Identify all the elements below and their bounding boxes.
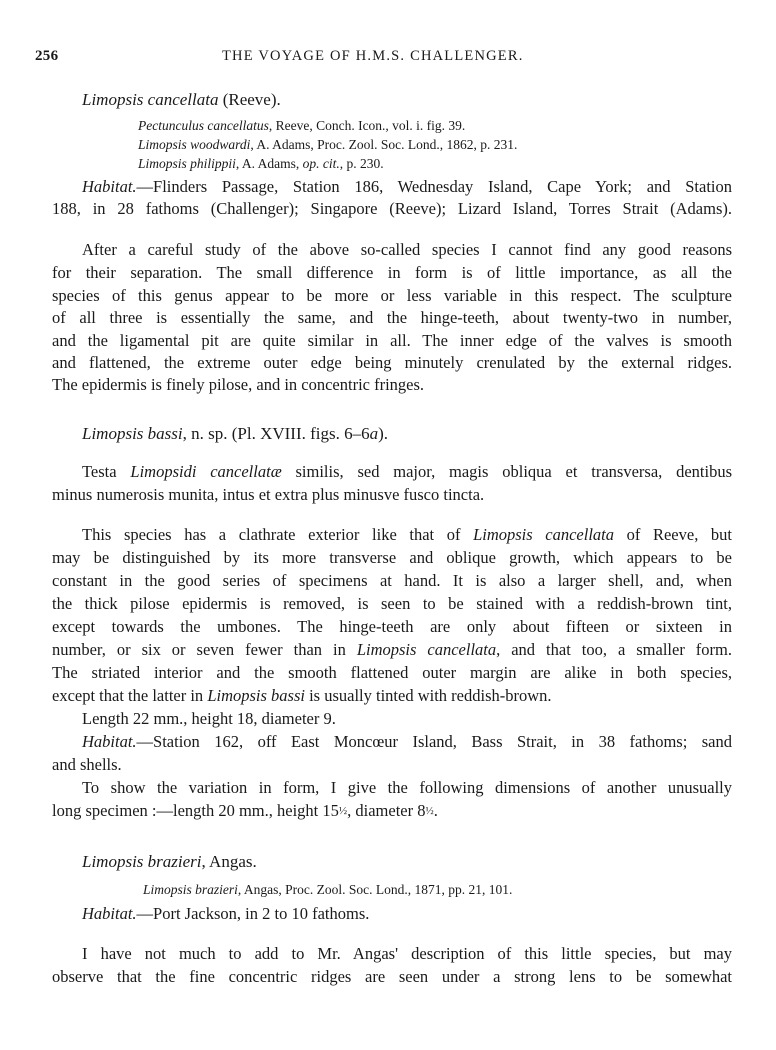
synonym-citation: , Reeve, Conch. Icon., vol. i. fig. 39. — [269, 118, 465, 133]
description-line: except that the latter in Limopsis bassi… — [52, 686, 732, 706]
synonym-name: Limopsis philippii — [138, 156, 236, 171]
variation-text: long specimen :—length 20 mm., height 15 — [52, 801, 339, 820]
variation-line: long specimen :—length 20 mm., height 15… — [52, 801, 732, 821]
description-text: , and that too, a smaller form. — [496, 640, 732, 659]
description-species-name: Limopsis cancellata — [357, 640, 496, 659]
page-number: 256 — [35, 48, 58, 65]
synonym-line: Pectunculus cancellatus, Reeve, Conch. I… — [138, 118, 465, 134]
habitat-line: Habitat.—Flinders Passage, Station 186, … — [82, 177, 732, 197]
habitat-label: Habitat. — [82, 904, 137, 923]
habitat-text: —Station 162, off East Moncœur Island, B… — [137, 732, 732, 751]
habitat-line: Habitat.—Station 162, off East Moncœur I… — [82, 732, 732, 752]
species-name: Limopsis cancellata — [82, 90, 218, 109]
variation-line: To show the variation in form, I give th… — [82, 778, 732, 798]
synonym-citation-italic: op. cit. — [303, 156, 340, 171]
paragraph-line: species of this genus appear to be more … — [52, 286, 732, 306]
description-text: except that the latter in — [52, 686, 207, 705]
measurements-line: Length 22 mm., height 18, diameter 9. — [82, 709, 732, 729]
latin-text: similis, sed major, magis obliqua et tra… — [282, 462, 732, 481]
species-plate-ref: ). — [378, 424, 388, 443]
paragraph-line: observe that the fine concentric ridges … — [52, 967, 732, 987]
description-line: constant in the good series of specimens… — [52, 571, 732, 591]
fraction: ½ — [339, 805, 347, 817]
habitat-line: and shells. — [52, 755, 732, 775]
species-author: , Angas. — [202, 852, 257, 871]
synonym-name: Limopsis woodwardi — [138, 137, 250, 152]
description-line: except towards the umbones. The hinge-te… — [52, 617, 732, 637]
synonym-line: Limopsis woodwardi, A. Adams, Proc. Zool… — [138, 137, 517, 153]
synonym-name: Pectunculus cancellatus — [138, 118, 269, 133]
species-heading-cancellata: Limopsis cancellata (Reeve). — [82, 90, 281, 110]
paragraph-line: and flattened, the extreme outer edge be… — [52, 353, 732, 373]
species-plate-ref-italic: a — [370, 424, 379, 443]
habitat-line: Habitat.—Port Jackson, in 2 to 10 fathom… — [82, 904, 732, 924]
species-plate-ref: , n. sp. (Pl. XVIII. figs. 6–6 — [183, 424, 370, 443]
description-line: The striated interior and the smooth fla… — [52, 663, 732, 683]
description-line: may be distinguished by its more transve… — [52, 548, 732, 568]
paragraph-line: for their separation. The small differen… — [52, 263, 732, 283]
latin-text: Testa — [82, 462, 130, 481]
species-name: Limopsis bassi — [82, 424, 183, 443]
description-text: number, or six or seven fewer than in — [52, 640, 357, 659]
latin-diagnosis-line: Testa Limopsidi cancellatæ similis, sed … — [82, 462, 732, 482]
description-species-name: Limopsis cancellata — [473, 525, 614, 544]
description-line: This species has a clathrate exterior li… — [82, 525, 732, 545]
paragraph-line: and the ligamental pit are quite similar… — [52, 331, 732, 351]
species-name: Limopsis brazieri — [82, 852, 202, 871]
variation-text: , diameter 8 — [347, 801, 425, 820]
latin-diagnosis-line: minus numerosis munita, intus et extra p… — [52, 485, 732, 505]
habitat-text: —Flinders Passage, Station 186, Wednesda… — [137, 177, 732, 196]
latin-species-name: Limopsidi cancellatæ — [130, 462, 281, 481]
paragraph-line: of all three is essentially the same, an… — [52, 308, 732, 328]
species-heading-brazieri: Limopsis brazieri, Angas. — [82, 852, 257, 872]
synonym-citation: , A. Adams, Proc. Zool. Soc. Lond., 1862… — [250, 137, 517, 152]
synonym-line: Limopsis philippii, A. Adams, op. cit., … — [138, 156, 384, 172]
description-line: the thick pilose epidermis is removed, i… — [52, 594, 732, 614]
habitat-text: —Port Jackson, in 2 to 10 fathoms. — [137, 904, 370, 923]
habitat-line: 188, in 28 fathoms (Challenger); Singapo… — [52, 199, 732, 219]
paragraph-line: I have not much to add to Mr. Angas' des… — [82, 944, 732, 964]
description-text: of Reeve, but — [614, 525, 732, 544]
synonym-citation: , A. Adams, — [236, 156, 303, 171]
description-line: number, or six or seven fewer than in Li… — [52, 640, 732, 660]
synonym-citation: , p. 230. — [340, 156, 384, 171]
description-text: is usually tinted with reddish-brown. — [305, 686, 552, 705]
document-page: 256 THE VOYAGE OF H.M.S. CHALLENGER. Lim… — [0, 0, 776, 1050]
paragraph-line: The epidermis is finely pilose, and in c… — [52, 375, 732, 395]
description-species-name: Limopsis bassi — [207, 686, 305, 705]
habitat-label: Habitat. — [82, 177, 137, 196]
synonym-line: Limopsis brazieri, Angas, Proc. Zool. So… — [143, 882, 512, 898]
synonym-citation: , Angas, Proc. Zool. Soc. Lond., 1871, p… — [238, 882, 513, 897]
paragraph-line: After a careful study of the above so-ca… — [82, 240, 732, 260]
running-title: THE VOYAGE OF H.M.S. CHALLENGER. — [222, 48, 524, 65]
variation-text: . — [434, 801, 438, 820]
species-author: (Reeve). — [218, 90, 280, 109]
synonym-name: Limopsis brazieri — [143, 882, 238, 897]
habitat-label: Habitat. — [82, 732, 137, 751]
species-heading-bassi: Limopsis bassi, n. sp. (Pl. XVIII. figs.… — [82, 424, 388, 444]
description-text: This species has a clathrate exterior li… — [82, 525, 473, 544]
fraction: ½ — [425, 805, 433, 817]
